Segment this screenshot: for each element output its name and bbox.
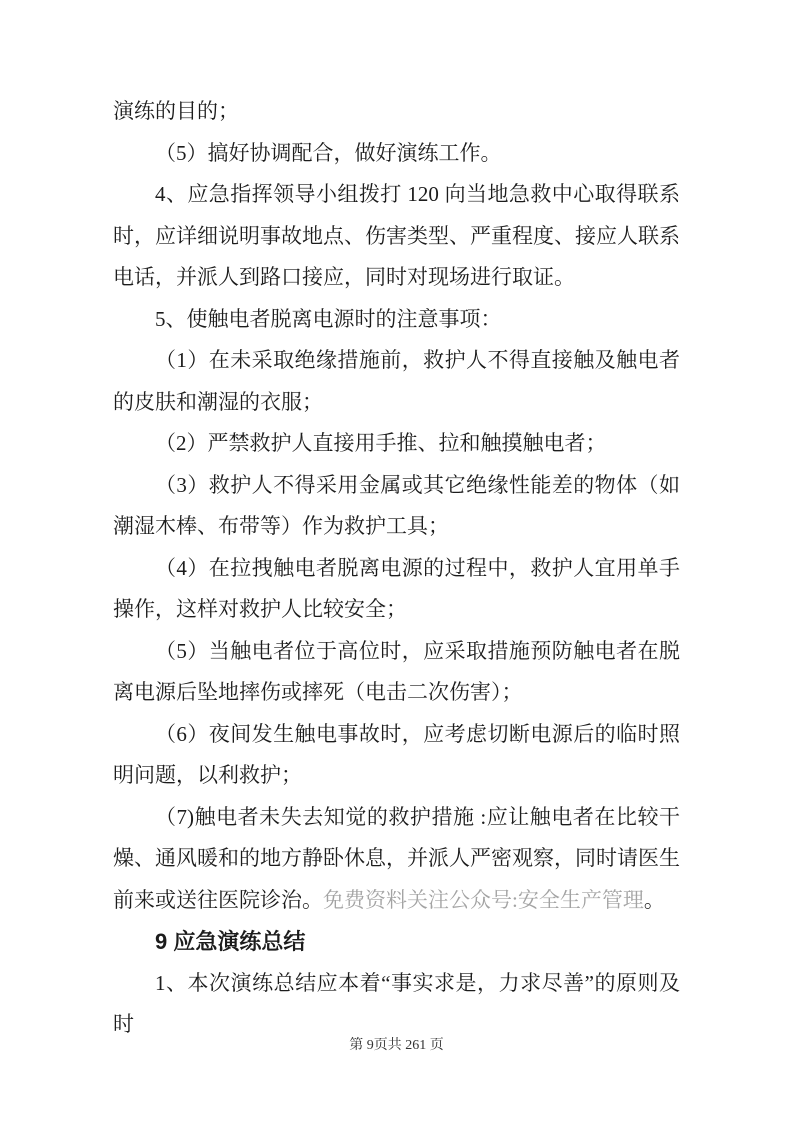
para-note-4: （4）在拉拽触电者脱离电源的过程中，救护人宜用单手操作，这样对救护人比较安全； — [113, 548, 680, 631]
para-note-5: （5）当触电者位于高位时，应采取措施预防触电者在脱离电源后坠地摔伤或摔死（电击二… — [113, 631, 680, 714]
section-heading-9: 9 应急演练总结 — [113, 921, 680, 963]
document-page: 演练的目的； （5）搞好协调配合，做好演练工作。 4、应急指挥领导小组拨打 12… — [0, 0, 793, 1122]
para-note-7-period: 。 — [644, 888, 665, 912]
para-summary-1: 1、本次演练总结应本着“事实求是，力求尽善”的原则及时 — [113, 963, 680, 1046]
para-item-5: 5、使触电者脱离电源时的注意事项： — [113, 299, 680, 341]
page-footer: 第 9页共 261 页 — [0, 1036, 793, 1056]
para-continuation: 演练的目的； — [113, 91, 680, 133]
para-note-1: （1）在未采取绝缘措施前，救护人不得直接触及触电者的皮肤和潮湿的衣服； — [113, 340, 680, 423]
para-item-4: 4、应急指挥领导小组拨打 120 向当地急救中心取得联系时，应详细说明事故地点、… — [113, 174, 680, 299]
para-point-5: （5）搞好协调配合，做好演练工作。 — [113, 133, 680, 175]
promo-watermark-text: 免费资料关注公众号:安全生产管理 — [323, 888, 644, 912]
para-note-3: （3）救护人不得采用金属或其它绝缘性能差的物体（如潮湿木棒、布带等）作为救护工具… — [113, 465, 680, 548]
para-note-6: （6）夜间发生触电事故时，应考虑切断电源后的临时照明问题，以利救护； — [113, 714, 680, 797]
para-note-2: （2）严禁救护人直接用手推、拉和触摸触电者； — [113, 423, 680, 465]
page-number: 第 9页共 261 页 — [349, 1038, 444, 1053]
document-body: 演练的目的； （5）搞好协调配合，做好演练工作。 4、应急指挥领导小组拨打 12… — [113, 91, 680, 1046]
para-note-7: （7)触电者未失去知觉的救护措施 :应让触电者在比较干燥、通风暖和的地方静卧休息… — [113, 797, 680, 922]
